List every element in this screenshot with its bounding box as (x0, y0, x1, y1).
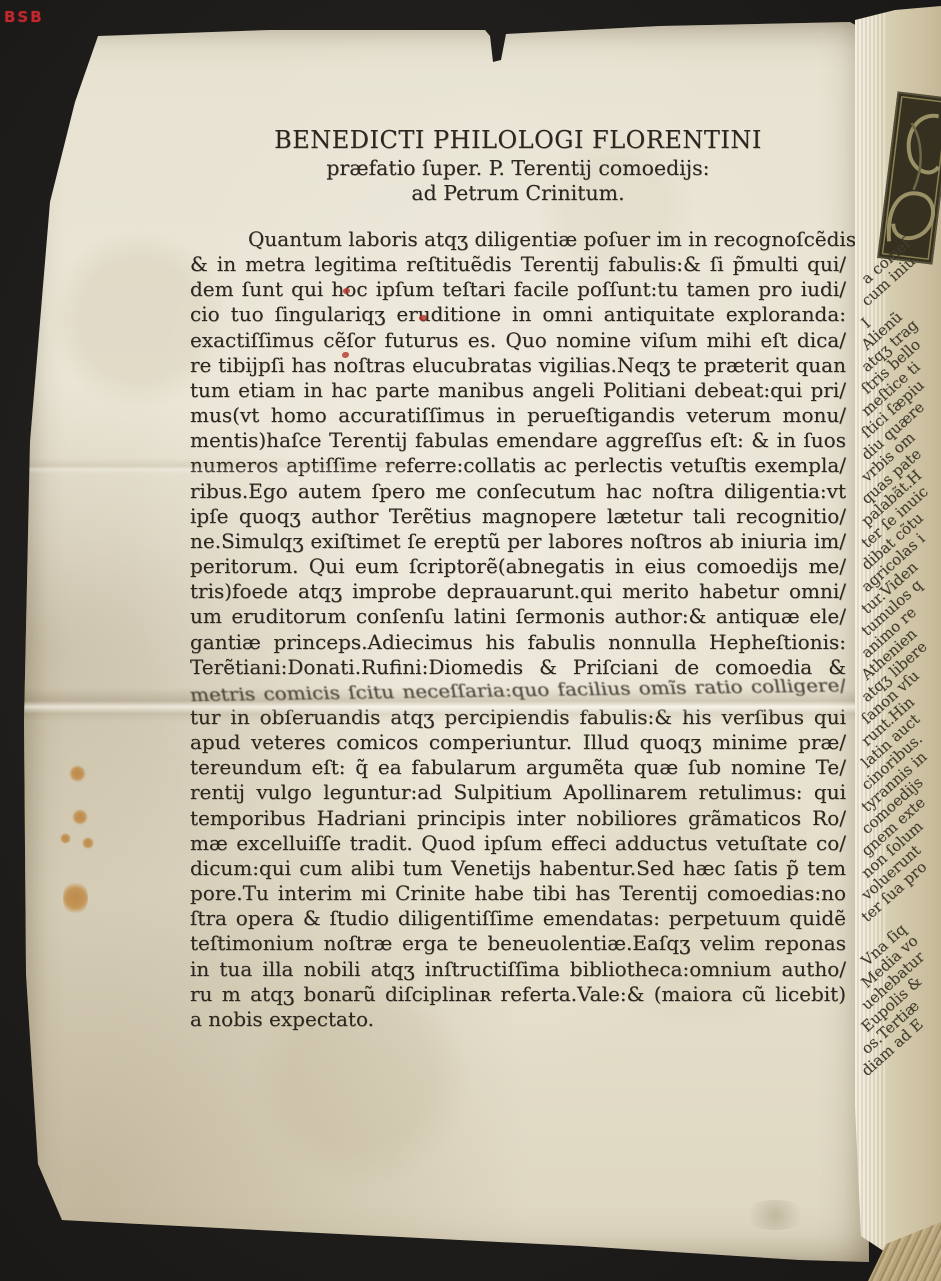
faint-pencil-smudge (740, 1200, 810, 1230)
foxing-stain (82, 837, 94, 849)
page-heading: BENEDICTI PHILOLOGI FLORENTINI præfatio … (190, 126, 846, 205)
foxing-stain (72, 809, 88, 825)
heading-line-1: BENEDICTI PHILOLOGI FLORENTINI (190, 126, 846, 154)
foxing-stain (69, 765, 86, 782)
adjacent-page-text: a comeſcum iniuIAlienũatqʒ tragſtris bel… (859, 258, 941, 1072)
scanned-book-photo: { "stamp": { "label": "BSB" }, "page": {… (0, 0, 941, 1281)
body-text: Quantum laboris atqʒ diligentiæ poſuer i… (190, 227, 846, 1032)
foxing-stain (63, 880, 88, 916)
book-page: BENEDICTI PHILOLOGI FLORENTINI præfatio … (20, 22, 872, 1264)
heading-line-2: præfatio ſuper. P. Terentij comoedijs: (190, 156, 846, 180)
library-stamp: BSB (4, 8, 44, 26)
adjacent-page-strip: a comeſcum iniuIAlienũatqʒ tragſtris bel… (855, 6, 941, 1256)
heading-line-3: ad Petrum Crinitum. (190, 181, 846, 205)
foxing-stain (60, 833, 71, 844)
